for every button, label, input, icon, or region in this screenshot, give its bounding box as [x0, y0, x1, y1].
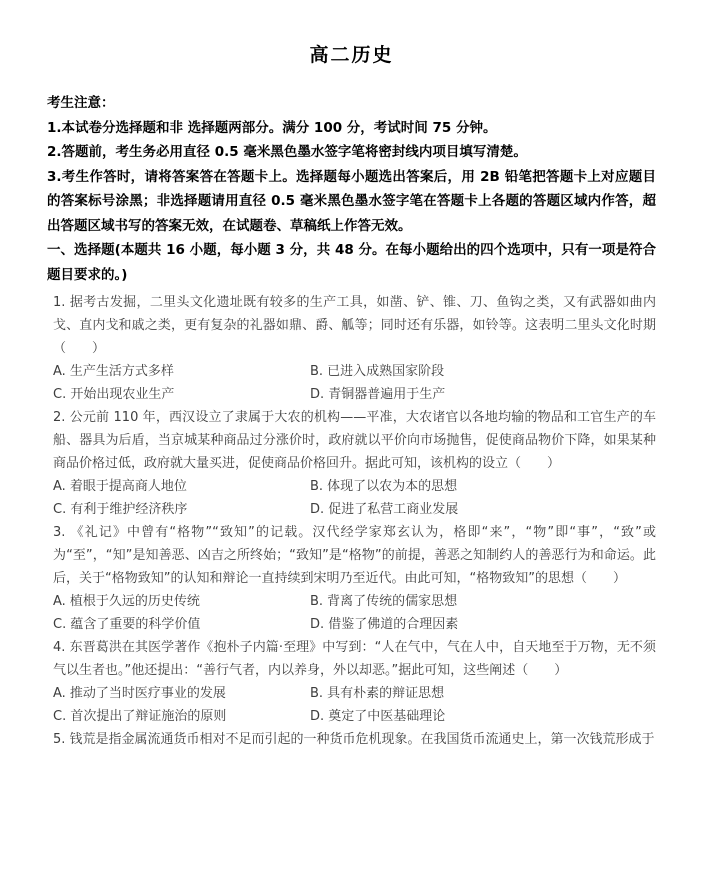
option-d: D. 促进了私营工商业发展: [310, 498, 656, 521]
section-header-multiple-choice: 一、选择题(本题共 16 小题，每小题 3 分，共 48 分。在每小题给出的四个…: [47, 238, 656, 287]
option-c: C. 首次提出了辩证施治的原则: [53, 705, 310, 728]
option-d: D. 奠定了中医基础理论: [310, 705, 656, 728]
question-stem: 1. 据考古发掘，二里头文化遗址既有较多的生产工具，如凿、铲、锥、刀、鱼钩之类，…: [53, 291, 656, 360]
page-title: 高二历史: [47, 40, 656, 67]
option-a: A. 植根于久远的历史传统: [53, 590, 310, 613]
notice-item-3: 3.考生作答时，请将答案答在答题卡上。选择题每小题选出答案后，用 2B 铅笔把答…: [47, 165, 656, 239]
question-2: 2. 公元前 110 年，西汉设立了隶属于大农的机构——平准，大农诸官以各地均输…: [53, 406, 656, 521]
option-a: A. 着眼于提高商人地位: [53, 475, 310, 498]
option-b: B. 背离了传统的儒家思想: [310, 590, 656, 613]
question-stem: 5. 钱荒是指金属流通货币相对不足而引起的一种货币危机现象。在我国货币流通史上，…: [53, 728, 656, 751]
question-options: A. 着眼于提高商人地位 B. 体现了以农为本的思想 C. 有利于维护经济秩序 …: [53, 475, 656, 521]
option-a: A. 推动了当时医疗事业的发展: [53, 682, 310, 705]
notice-item-1: 1.本试卷分选择题和非 选择题两部分。满分 100 分，考试时间 75 分钟。: [47, 116, 656, 141]
question-options: A. 生产生活方式多样 B. 已进入成熟国家阶段 C. 开始出现农业生产 D. …: [53, 360, 656, 406]
question-5: 5. 钱荒是指金属流通货币相对不足而引起的一种货币危机现象。在我国货币流通史上，…: [53, 728, 656, 751]
option-b: B. 具有朴素的辩证思想: [310, 682, 656, 705]
question-options: A. 植根于久远的历史传统 B. 背离了传统的儒家思想 C. 蕴含了重要的科学价…: [53, 590, 656, 636]
option-d: D. 借鉴了佛道的合理因素: [310, 613, 656, 636]
question-stem: 4. 东晋葛洪在其医学著作《抱朴子内篇·至理》中写到：“人在气中，气在人中，自天…: [53, 636, 656, 682]
option-c: C. 开始出现农业生产: [53, 383, 310, 406]
notice-item-2: 2.答题前，考生务必用直径 0.5 毫米黑色墨水签字笔将密封线内项目填写清楚。: [47, 140, 656, 165]
candidate-notice: 考生注意： 1.本试卷分选择题和非 选择题两部分。满分 100 分，考试时间 7…: [47, 91, 656, 238]
question-stem: 3. 《礼记》中曾有“格物”“致知”的记载。汉代经学家郑玄认为，格即“来”，“物…: [53, 521, 656, 590]
option-c: C. 有利于维护经济秩序: [53, 498, 310, 521]
question-1: 1. 据考古发掘，二里头文化遗址既有较多的生产工具，如凿、铲、锥、刀、鱼钩之类，…: [53, 291, 656, 406]
question-3: 3. 《礼记》中曾有“格物”“致知”的记载。汉代经学家郑玄认为，格即“来”，“物…: [53, 521, 656, 636]
question-stem: 2. 公元前 110 年，西汉设立了隶属于大农的机构——平准，大农诸官以各地均输…: [53, 406, 656, 475]
exam-paper-page: 高二历史 考生注意： 1.本试卷分选择题和非 选择题两部分。满分 100 分，考…: [0, 0, 701, 877]
question-options: A. 推动了当时医疗事业的发展 B. 具有朴素的辩证思想 C. 首次提出了辩证施…: [53, 682, 656, 728]
option-a: A. 生产生活方式多样: [53, 360, 310, 383]
question-4: 4. 东晋葛洪在其医学著作《抱朴子内篇·至理》中写到：“人在气中，气在人中，自天…: [53, 636, 656, 728]
option-d: D. 青铜器普遍用于生产: [310, 383, 656, 406]
option-c: C. 蕴含了重要的科学价值: [53, 613, 310, 636]
option-b: B. 已进入成熟国家阶段: [310, 360, 656, 383]
notice-heading: 考生注意：: [47, 91, 656, 116]
option-b: B. 体现了以农为本的思想: [310, 475, 656, 498]
